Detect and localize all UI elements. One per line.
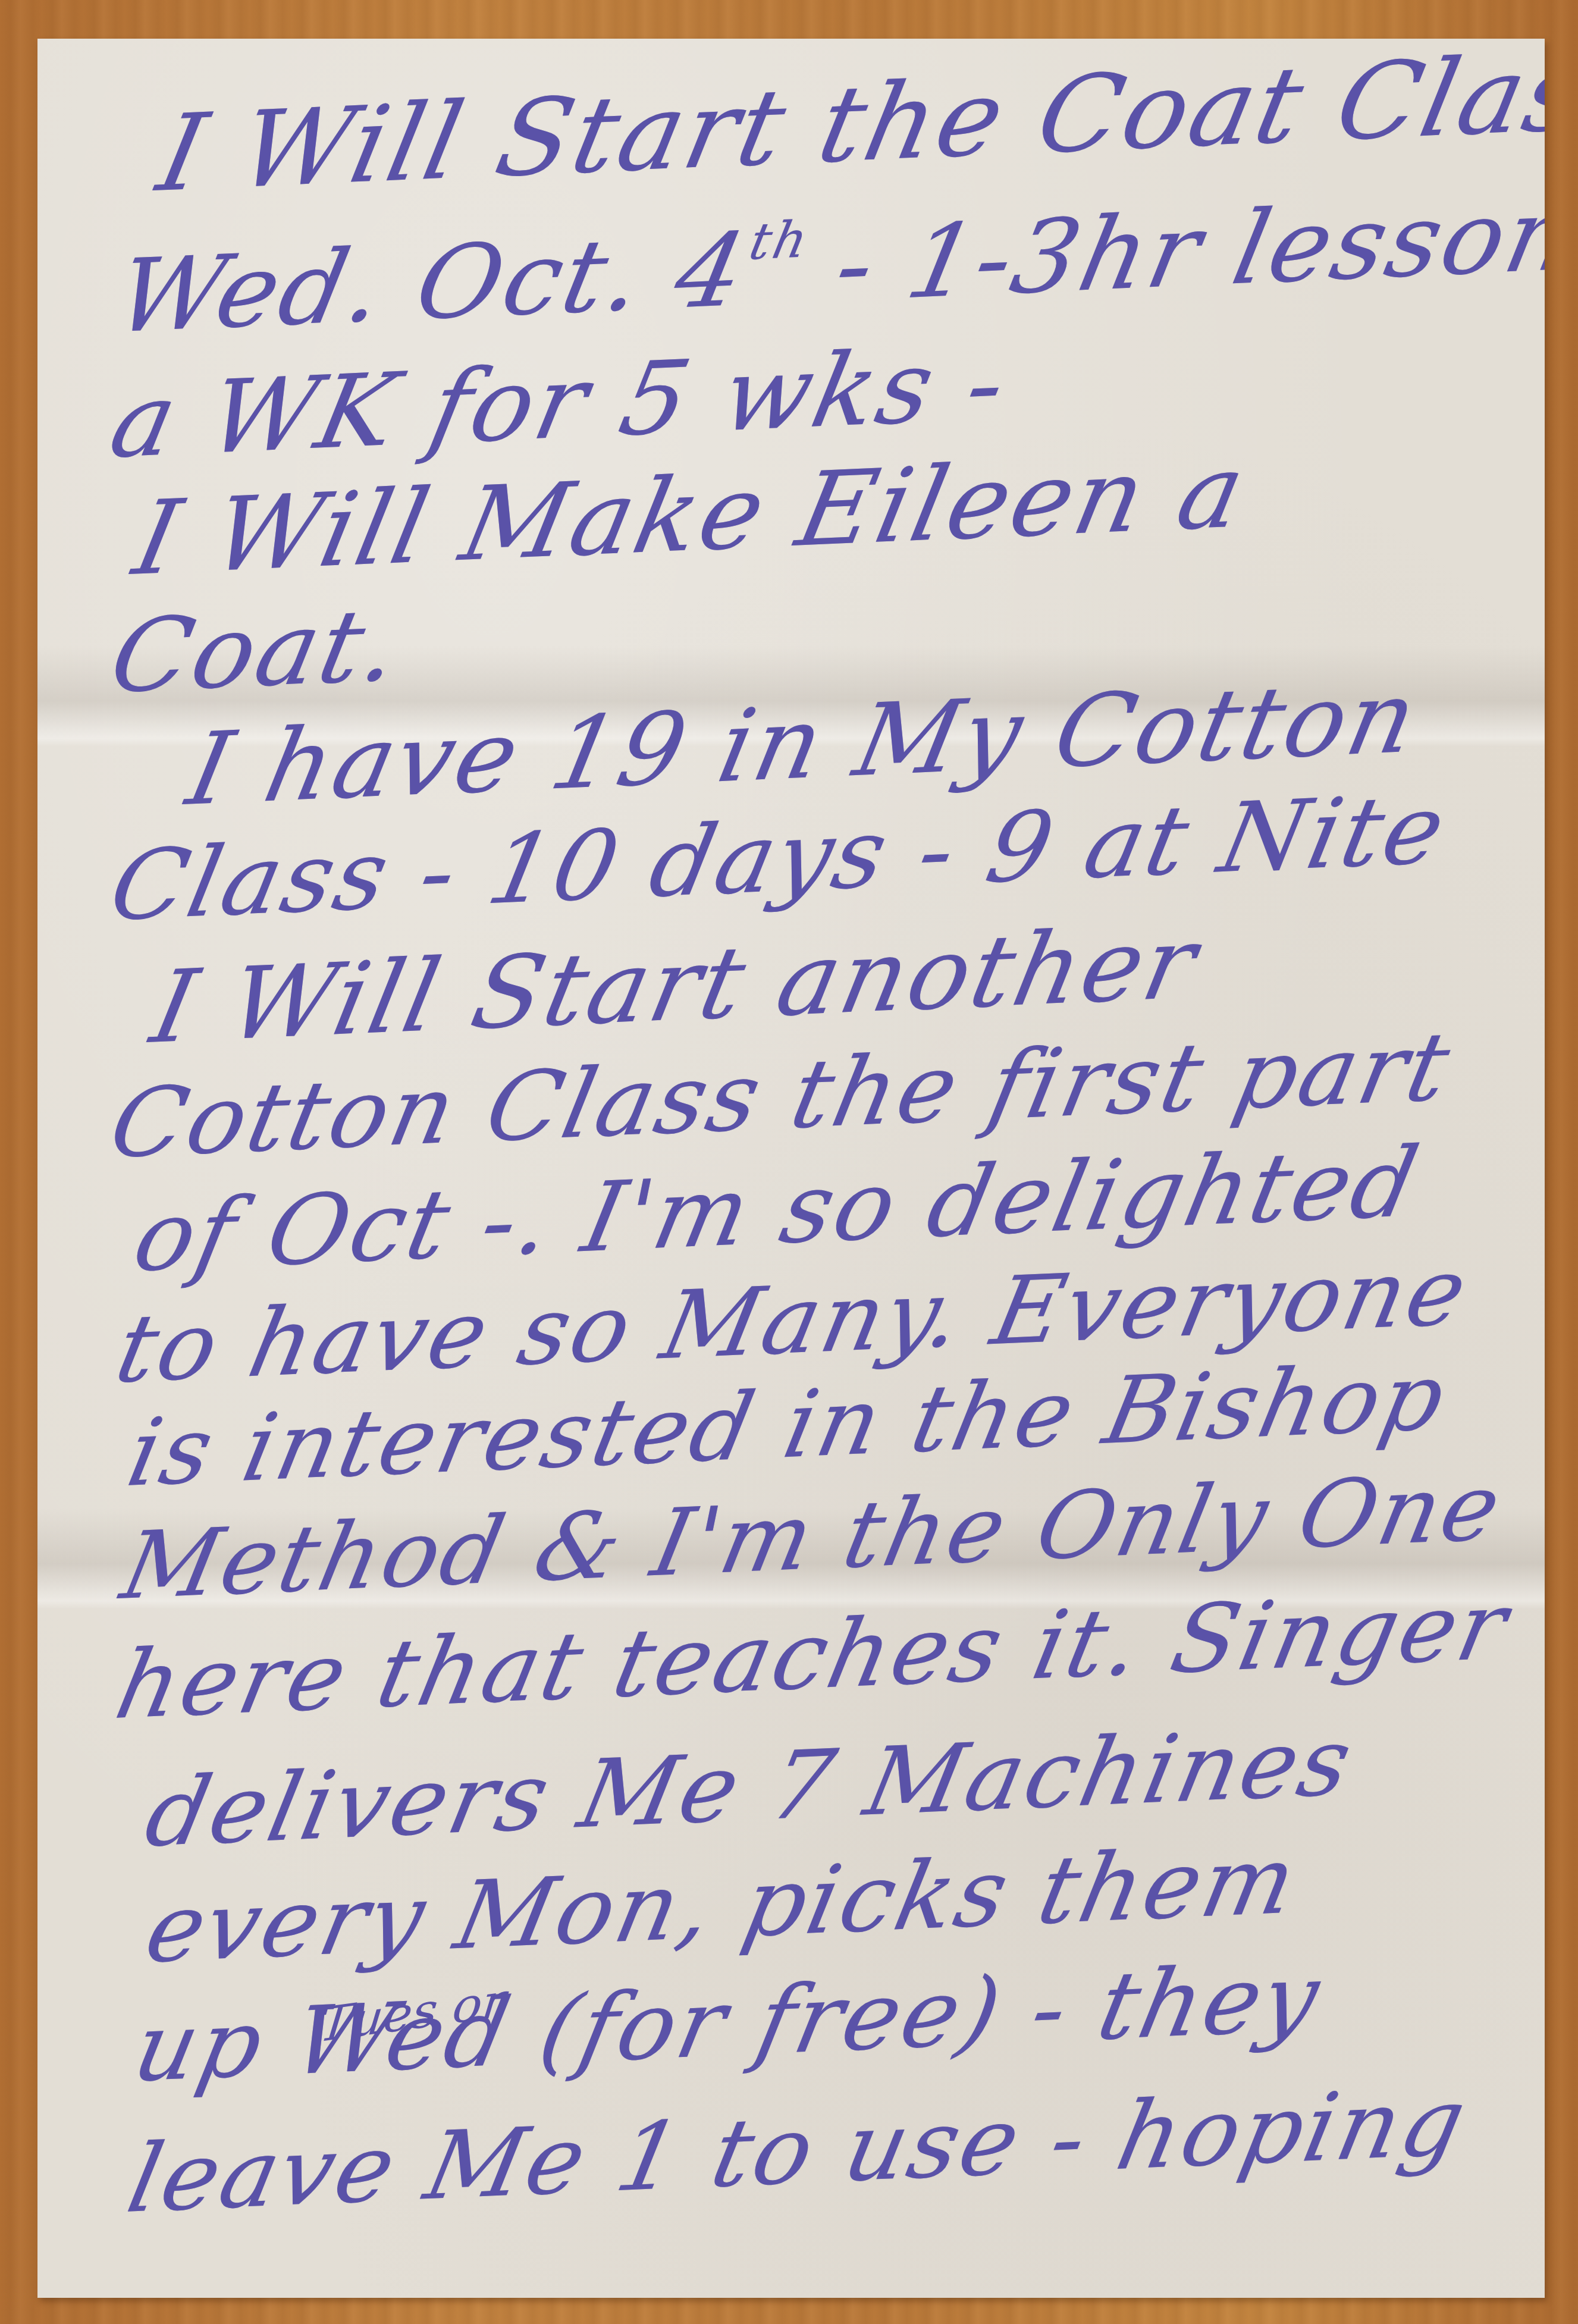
handwritten-letter-body: I Will Start the Coat Class Wed. Oct. 4t… [37, 39, 1545, 2298]
wooden-desk-background: I Will Start the Coat Class Wed. Oct. 4t… [0, 0, 1578, 2324]
letter-line-text: Wed. Oct. 4 [107, 211, 757, 356]
letter-line-text: - 1-3hr lesson [791, 175, 1545, 327]
letter-line: I Will Start the Coat Class [150, 39, 1545, 207]
letter-line: Coat. [103, 594, 410, 708]
letter-line: leave Me 1 to use - hoping [121, 2075, 1475, 2226]
letter-page: I Will Start the Coat Class Wed. Oct. 4t… [37, 39, 1545, 2298]
